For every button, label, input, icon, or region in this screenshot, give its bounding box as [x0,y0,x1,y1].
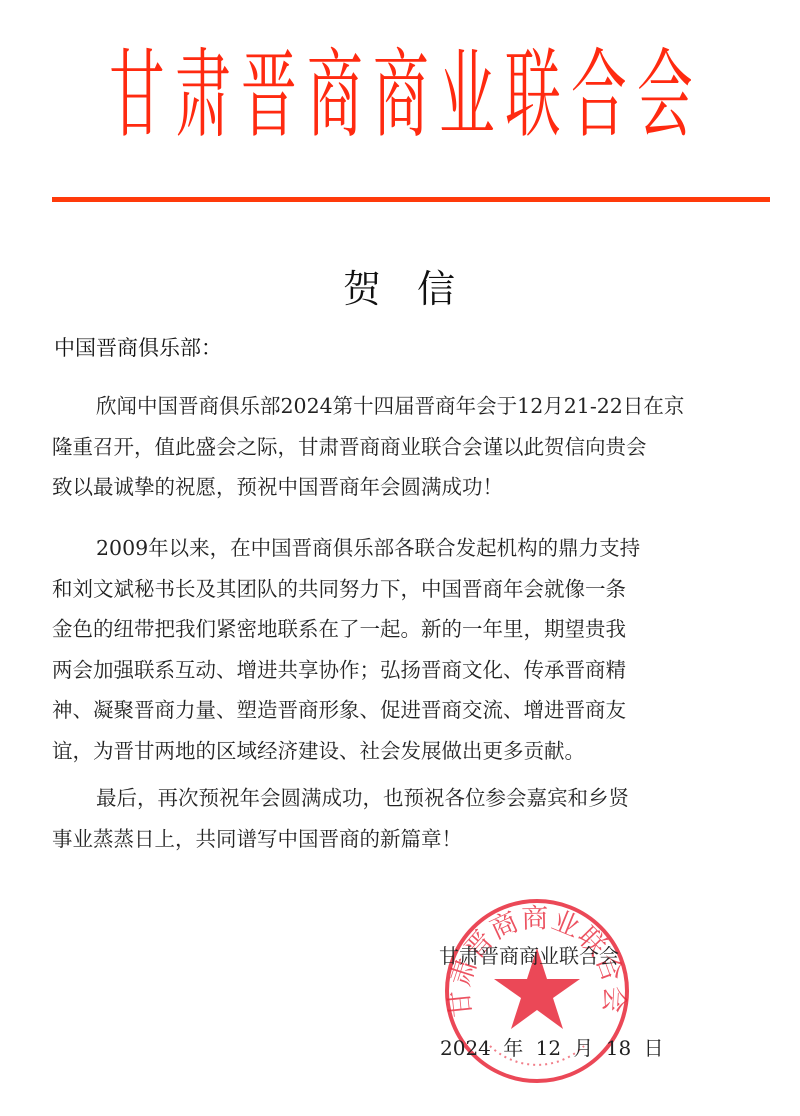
paragraph-line: 最后，再次预祝年会圆满成功，也预祝各位参会嘉宾和乡贤 [52,778,692,819]
letter-date: 2024 年 12 月 18 日 [440,1032,664,1061]
letterhead-char: 合 [571,47,607,143]
letterhead-char: 联 [505,47,541,143]
paragraph-2: 2009年以来，在中国晋商俱乐部各联合发起机构的鼎力支持 和刘文斌秘书长及其团队… [52,528,692,771]
letterhead-char: 业 [439,47,475,143]
paragraph-line: 事业蒸蒸日上，共同谱写中国晋商的新篇章！ [52,819,692,860]
paragraph-3: 最后，再次预祝年会圆满成功，也预祝各位参会嘉宾和乡贤 事业蒸蒸日上，共同谱写中国… [52,778,692,859]
title-char: 信 [417,267,457,311]
letterhead-char: 肃 [175,47,211,143]
letter-title: 贺信 [0,258,800,313]
signature-org-name: 甘肃晋商商业联合会 [439,940,619,969]
paragraph-line: 谊，为晋甘两地的区域经济建设、社会发展做出更多贡献。 [52,731,692,772]
salutation: 中国晋商俱乐部： [54,332,222,362]
paragraph-line: 2009年以来，在中国晋商俱乐部各联合发起机构的鼎力支持 [52,528,692,569]
paragraph-line: 隆重召开，值此盛会之际，甘肃晋商商业联合会谨以此贺信向贵会 [52,427,692,468]
paragraph-line: 和刘文斌秘书长及其团队的共同努力下，中国晋商年会就像一条 [52,569,692,610]
paragraph-line: 两会加强联系互动、增进共享协作；弘扬晋商文化、传承晋商精 [52,650,692,691]
paragraph-line: 致以最诚挚的祝愿，预祝中国晋商年会圆满成功！ [52,467,692,508]
letterhead-char: 甘 [109,47,145,143]
letterhead-char: 晋 [241,47,277,143]
letterhead-org-name: 甘 肃 晋 商 商 业 联 合 会 [96,40,686,150]
letterhead-char: 商 [307,47,343,143]
paragraph-line: 金色的纽带把我们紧密地联系在了一起。新的一年里，期望贵我 [52,609,692,650]
letterhead-char: 商 [373,47,409,143]
letterhead-red-rule [52,197,770,202]
paragraph-line: 欣闻中国晋商俱乐部2024第十四届晋商年会于12月21-22日在京 [52,386,692,427]
paragraph-1: 欣闻中国晋商俱乐部2024第十四届晋商年会于12月21-22日在京 隆重召开，值… [52,386,692,508]
title-char: 贺 [343,267,383,311]
letterhead-char: 会 [637,47,673,143]
paragraph-line: 神、凝聚晋商力量、塑造晋商形象、促进晋商交流、增进晋商友 [52,690,692,731]
